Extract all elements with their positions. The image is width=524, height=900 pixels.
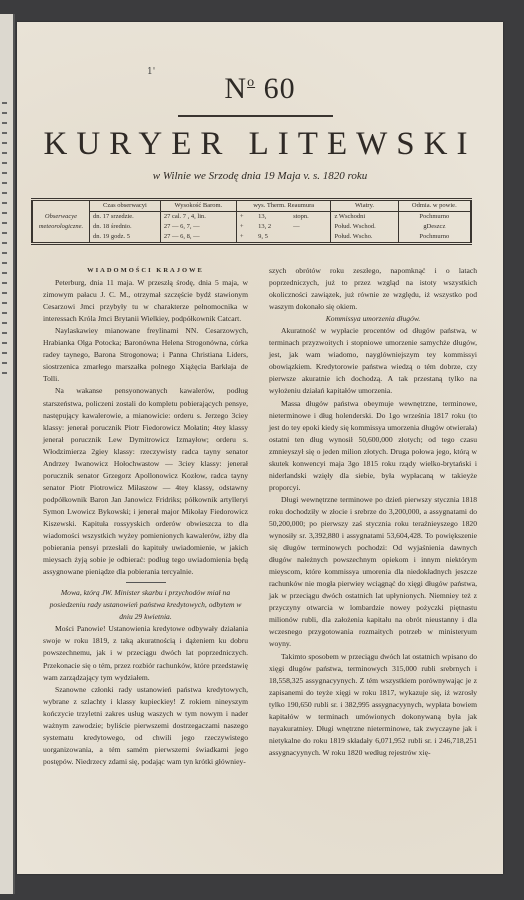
speech-heading: Mowa, którą JW. Minister skarbu i przych…	[43, 587, 248, 623]
header-time: Czas obserwacyi	[90, 200, 161, 212]
weather-row: dn. 18 średnio. 27 — 6, 7, — + 13, 2 — P…	[32, 222, 471, 232]
dateline: w Wilnie we Srzodę dnia 19 Maja v. s. 18…	[17, 170, 503, 182]
weather-table: Obserwacye meteorologiczne. Czas obserwa…	[31, 198, 472, 245]
paragraph: szych obrótów roku zeszłego, napomknąć i…	[269, 265, 477, 313]
header-barometer: Wysokość Barom.	[160, 200, 236, 212]
header-winds: Wiatry.	[331, 200, 398, 212]
paragraph: Akuratność w wypłacie procentów od długó…	[269, 325, 477, 397]
paragraph: Szanowne członki rady ustanowień państwa…	[43, 684, 248, 768]
newspaper-page: 1' No 60 KURYER LITEWSKI w Wilnie we Srz…	[17, 22, 503, 874]
paragraph: Na wakanse pensyonowanych kawalerów, pod…	[43, 385, 248, 578]
header-thermometer: wys. Therm. Reaumura	[236, 200, 331, 212]
weather-row: dn. 19 godz. 5 27 — 6, 8, — + 9, 5 Połud…	[32, 232, 471, 244]
subheading: Kommissya umorzenia długów.	[269, 313, 477, 325]
previous-page-edge	[0, 14, 15, 894]
paragraph: Długi wewnętrzne terminowe po dzień pier…	[269, 494, 477, 651]
masthead-title: KURYER LITEWSKI	[17, 126, 503, 163]
paragraph: Naylaskawiey mianowane freylinami NN. Ce…	[43, 325, 248, 385]
paragraph: Takimto sposobem w przeciągu dwóch lat o…	[269, 651, 477, 759]
issue-number: No 60	[17, 72, 503, 106]
right-column: szych obrótów roku zeszłego, napomknąć i…	[269, 265, 477, 759]
paragraph: Peterburg, dnia 11 maja. W przeszłą środ…	[43, 277, 248, 325]
title-rule	[178, 115, 333, 117]
left-column: WIADOMOŚCI KRAJOWE Peterburg, dnia 11 ma…	[43, 265, 248, 768]
weather-row: dn. 17 srzedzie. 27 cal. 7 , 4, lin. + 1…	[32, 212, 471, 223]
paragraph: Mości Panowie! Ustanowienia kredytowe od…	[43, 623, 248, 683]
header-sky: Odmia. w powie.	[398, 200, 471, 212]
section-heading: WIADOMOŚCI KRAJOWE	[43, 265, 248, 277]
previous-page-text-fragments	[2, 94, 10, 382]
separator	[126, 582, 166, 583]
paragraph: Massa długów państwa obeymuje wewnętrzne…	[269, 398, 477, 494]
weather-table-label: Obserwacye meteorologiczne.	[32, 200, 90, 244]
